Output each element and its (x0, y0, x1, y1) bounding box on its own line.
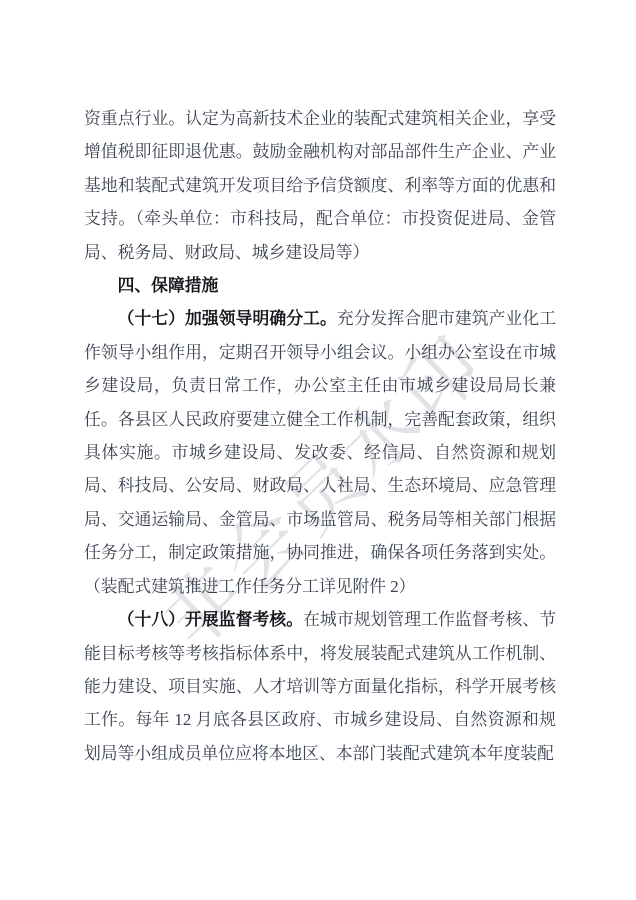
paragraph-17-lead: （十七）加强领导明确分工。 (118, 309, 337, 328)
paragraph-18-body: 在城市规划管理工作监督考核、节能目标考核等考核指标体系中，将发展装配式建筑从工作… (84, 610, 556, 763)
paragraph-18: （十八）开展监督考核。在城市规划管理工作监督考核、节能目标考核等考核指标体系中，… (84, 603, 556, 770)
paragraph-17-body: 充分发挥合肥市建筑产业化工作领导小组作用，定期召开领导小组会议。小组办公室设在市… (84, 309, 556, 595)
section-heading-text: 四、保障措施 (118, 276, 219, 295)
paragraph-17: （十七）加强领导明确分工。充分发挥合肥市建筑产业化工作领导小组作用，定期召开领导… (84, 302, 556, 603)
paragraph-continuation: 资重点行业。认定为高新技术企业的装配式建筑相关企业，享受增值税即征即退优惠。鼓励… (84, 102, 556, 269)
document-text-block: 资重点行业。认定为高新技术企业的装配式建筑相关企业，享受增值税即征即退优惠。鼓励… (84, 102, 556, 770)
document-page: 非会员水印 资重点行业。认定为高新技术企业的装配式建筑相关企业，享受增值税即征即… (0, 0, 636, 900)
section-heading: 四、保障措施 (84, 269, 556, 302)
paragraph-continuation-text: 资重点行业。认定为高新技术企业的装配式建筑相关企业，享受增值税即征即退优惠。鼓励… (84, 109, 556, 262)
paragraph-18-lead: （十八）开展监督考核。 (118, 610, 304, 629)
